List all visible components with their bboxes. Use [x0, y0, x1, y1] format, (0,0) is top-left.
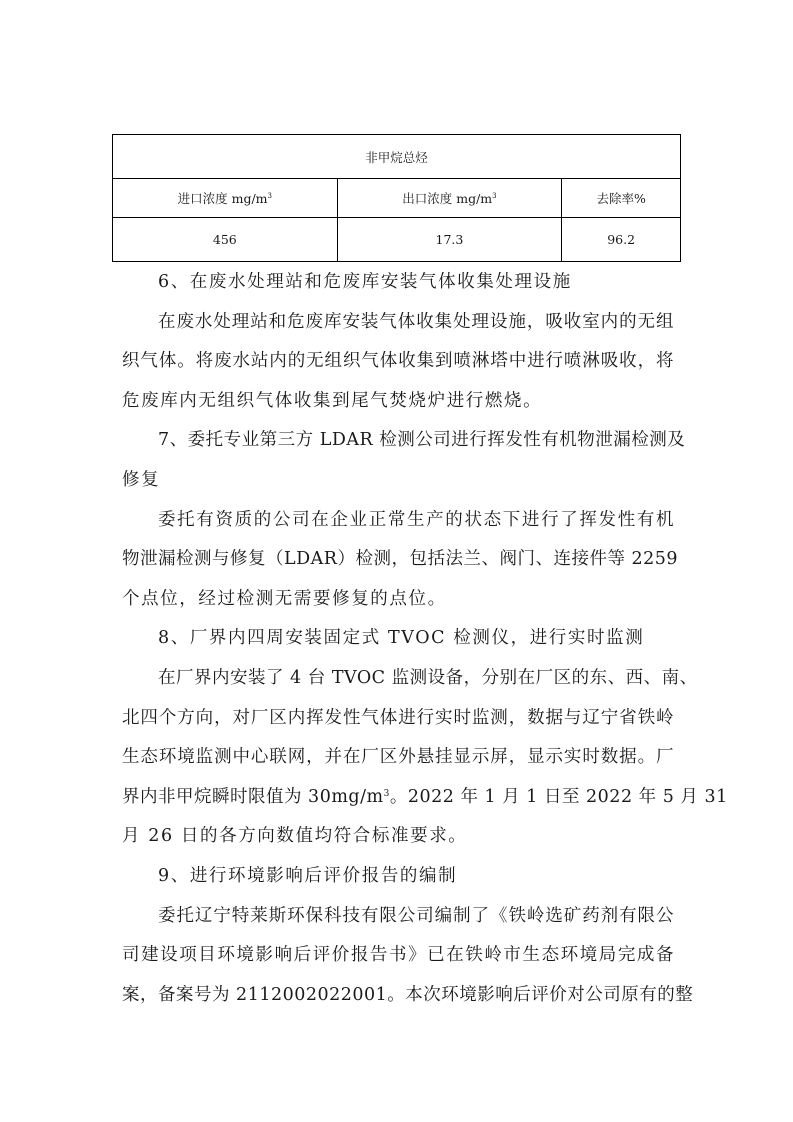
section-7-paragraph-line: 物泄漏检测与修复（LDAR）检测，包括法兰、阀门、连接件等 2259 — [122, 540, 674, 580]
section-7-paragraph-line: 个点位，经过检测无需要修复的点位。 — [122, 580, 674, 620]
section-6-paragraph-line: 织气体。将废水站内的无组织气体收集到喷淋塔中进行喷淋吸收，将 — [122, 342, 674, 382]
section-9-heading: 9、进行环境影响后评价报告的编制 — [122, 857, 674, 897]
header-outlet-concentration: 出口浓度 mg/m3 — [337, 179, 562, 218]
document-body: 6、在废水处理站和危废库安装气体收集处理设施 在废水处理站和危废库安装气体收集处… — [122, 263, 674, 1015]
section-7-heading: 7、委托专业第三方 LDAR 检测公司进行挥发性有机物泄漏检测及 — [122, 421, 674, 461]
header-removal-rate: 去除率% — [562, 179, 681, 218]
section-6-paragraph-line: 危废库内无组织气体收集到尾气焚烧炉进行燃烧。 — [122, 382, 674, 422]
section-6-paragraph-line: 在废水处理站和危废库安装气体收集处理设施，吸收室内的无组 — [122, 303, 674, 343]
section-8-paragraph-line: 月 26 日的各方向数值均符合标准要求。 — [122, 817, 674, 857]
section-9-paragraph-line: 司建设项目环境影响后评价报告书》已在铁岭市生态环境局完成备 — [122, 936, 674, 976]
section-8-paragraph-line: 在厂界内安装了 4 台 TVOC 监测设备，分别在厂区的东、西、南、 — [122, 659, 674, 699]
section-8-paragraph-line: 生态环境监测中心联网，并在厂区外悬挂显示屏，显示实时数据。厂 — [122, 738, 674, 778]
section-8-paragraph-line: 北四个方向，对厂区内挥发性气体进行实时监测，数据与辽宁省铁岭 — [122, 699, 674, 739]
section-9-paragraph-line: 案，备案号为 2112002022001。本次环境影响后评价对公司原有的整 — [122, 976, 674, 1016]
section-9-paragraph-line: 委托辽宁特莱斯环保科技有限公司编制了《铁岭选矿药剂有限公 — [122, 897, 674, 937]
section-8-paragraph-line: 界内非甲烷瞬时限值为 30mg/m3。2022 年 1 月 1 日至 2022 … — [122, 778, 674, 818]
section-7-heading-cont: 修复 — [122, 461, 674, 501]
nmhc-table: 非甲烷总烃 进口浓度 mg/m3 出口浓度 mg/m3 去除率% 456 17.… — [112, 134, 681, 262]
header-inlet-concentration: 进口浓度 mg/m3 — [113, 179, 338, 218]
section-8-heading: 8、厂界内四周安装固定式 TVOC 检测仪，进行实时监测 — [122, 619, 674, 659]
table-title: 非甲烷总烃 — [113, 135, 681, 179]
cell-outlet-value: 17.3 — [337, 218, 562, 262]
cell-removal-value: 96.2 — [562, 218, 681, 262]
section-7-paragraph-line: 委托有资质的公司在企业正常生产的状态下进行了挥发性有机 — [122, 501, 674, 541]
section-6-heading: 6、在废水处理站和危废库安装气体收集处理设施 — [122, 263, 674, 303]
cell-inlet-value: 456 — [113, 218, 338, 262]
